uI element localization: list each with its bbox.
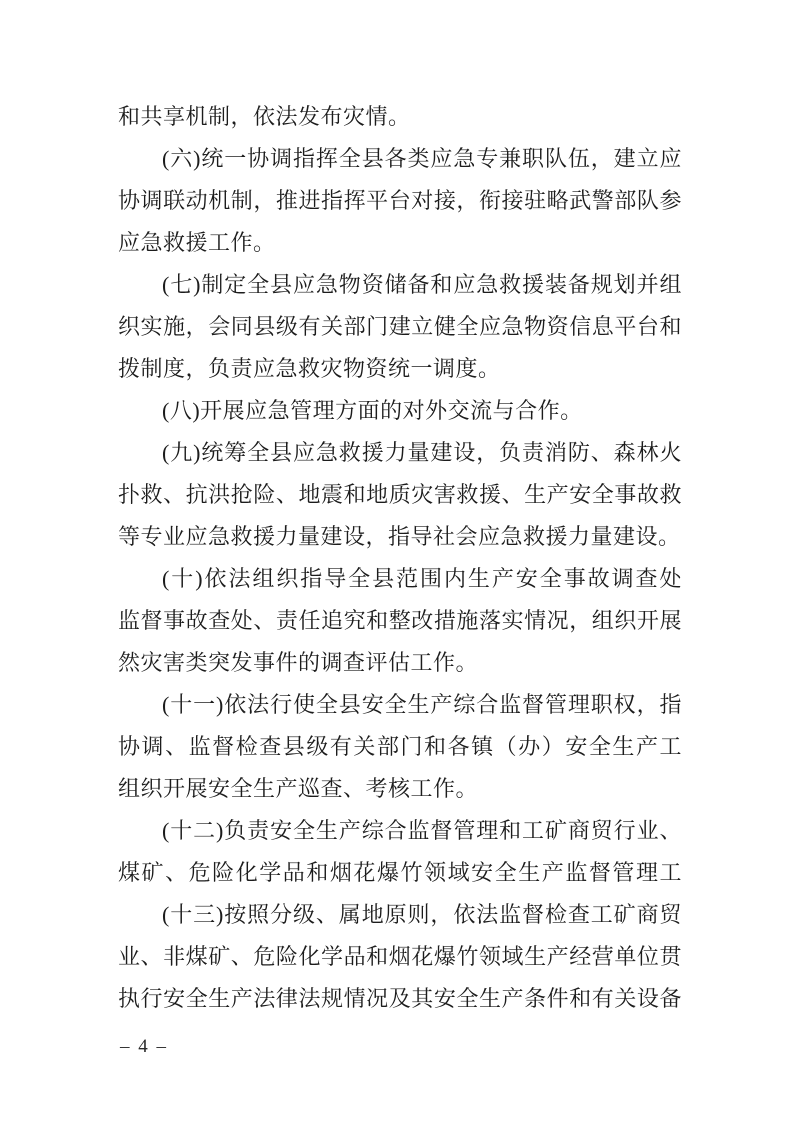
text-line: 等专业应急救援力量建设，指导社会应急救援力量建设。 (118, 516, 682, 558)
text-line: (十)依法组织指导全县范围内生产安全事故调查处理， (118, 558, 682, 600)
text-line: 织实施，会同县级有关部门建立健全应急物资信息平台和调 (118, 306, 682, 348)
text-line: 应急救援工作。 (118, 222, 682, 264)
text-line: (十二)负责安全生产综合监督管理和工矿商贸行业、非 (118, 810, 682, 852)
text-line: 执行安全生产法律法规情况及其安全生产条件和有关设备 (118, 978, 682, 1020)
text-line: 组织开展安全生产巡查、考核工作。 (118, 768, 682, 810)
text-line: (十一)依法行使全县安全生产综合监督管理职权，指导 (118, 684, 682, 726)
text-line: 扑救、抗洪抢险、地震和地质灾害救援、生产安全事故救援 (118, 474, 682, 516)
text-line: 业、非煤矿、危险化学品和烟花爆竹领域生产经营单位贯彻 (118, 936, 682, 978)
page-number: – 4 – (120, 1036, 168, 1058)
document-page: 和共享机制，依法发布灾情。(六)统一协调指挥全县各类应急专兼职队伍，建立应急协调… (0, 0, 793, 1122)
text-line: 监督事故查处、责任追究和整改措施落实情况，组织开展自 (118, 600, 682, 642)
text-line: (九)统筹全县应急救援力量建设，负责消防、森林火灾 (118, 432, 682, 474)
text-line: (六)统一协调指挥全县各类应急专兼职队伍，建立应急 (118, 138, 682, 180)
text-line: (七)制定全县应急物资储备和应急救援装备规划并组 (118, 264, 682, 306)
text-line: 煤矿、危险化学品和烟花爆竹领域安全生产监督管理工作。 (118, 852, 682, 894)
text-line: (八)开展应急管理方面的对外交流与合作。 (118, 390, 682, 432)
document-body: 和共享机制，依法发布灾情。(六)统一协调指挥全县各类应急专兼职队伍，建立应急协调… (118, 96, 682, 1020)
text-line: 协调、监督检查县级有关部门和各镇（办）安全生产工作， (118, 726, 682, 768)
text-line: 协调联动机制，推进指挥平台对接，衔接驻略武警部队参与 (118, 180, 682, 222)
text-line: 然灾害类突发事件的调查评估工作。 (118, 642, 682, 684)
text-line: 拨制度，负责应急救灾物资统一调度。 (118, 348, 682, 390)
text-line: 和共享机制，依法发布灾情。 (118, 96, 682, 138)
text-line: (十三)按照分级、属地原则，依法监督检查工矿商贸行 (118, 894, 682, 936)
